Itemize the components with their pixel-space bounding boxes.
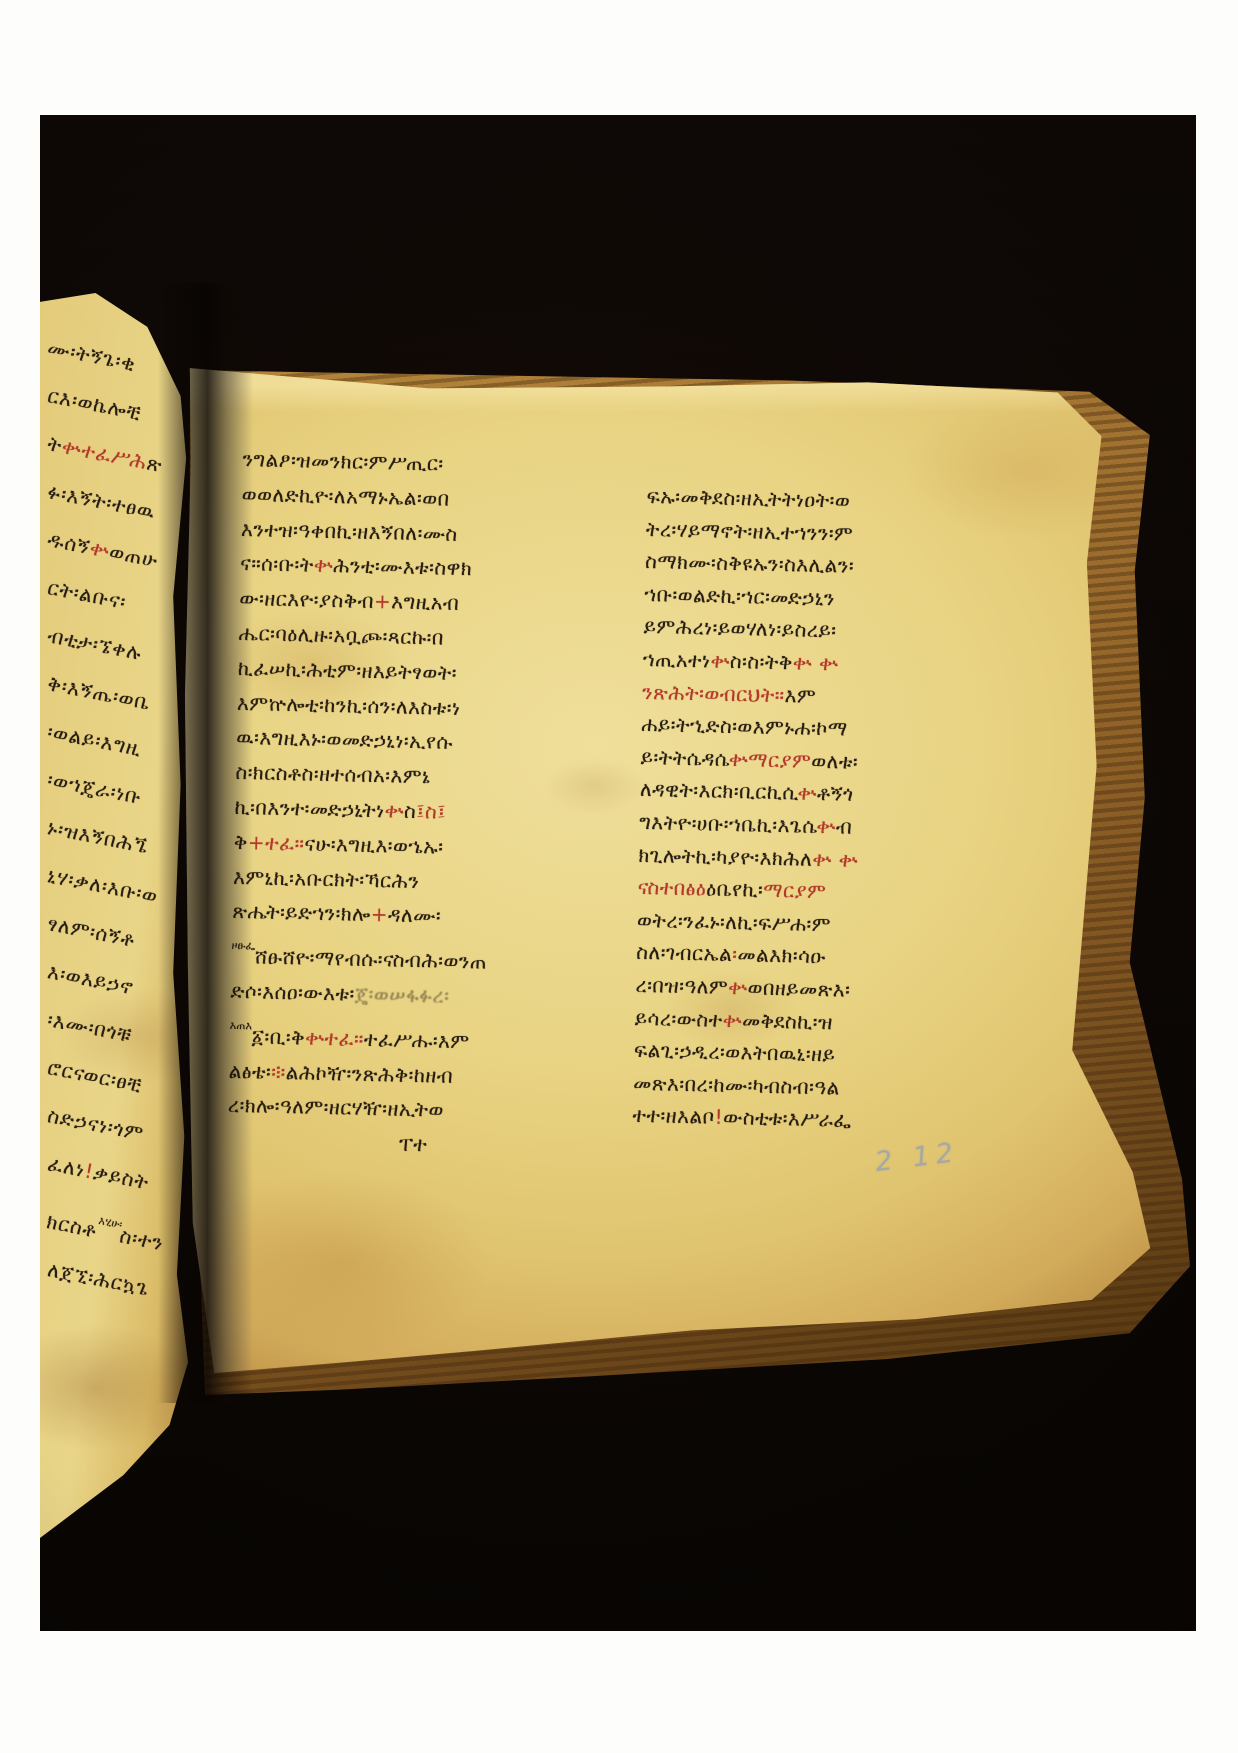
rubric-text: + bbox=[374, 589, 392, 613]
ink-text: ሐይ፡ትኂድስ፡ወእምኑሐ፡ኮማ bbox=[641, 712, 848, 741]
ink-text: ክጊሎትኪ፡ካያዮ፡እክሕለ bbox=[638, 842, 812, 870]
ink-text: ዉ፡እግዚእኑ፡ወመድኃኒነ፡ኢየሱ bbox=[236, 725, 453, 754]
ink-text: ቶኝጎ bbox=[817, 781, 854, 806]
ink-text: ቃይስት bbox=[92, 1160, 152, 1194]
ink-text: ወወለድኪዮ፡ለአማኑኤል፡ወበ bbox=[242, 482, 450, 511]
ink-text: እሂሁ፡ bbox=[98, 1214, 124, 1231]
ink-text: እግዚአብ bbox=[391, 590, 460, 616]
ink-text: ቅ፡እኝጤ፡ወቤ bbox=[46, 671, 153, 714]
ink-text: ልፅቴ፡ bbox=[228, 1058, 271, 1083]
ink-text: ኪ፡በእንተ፡መድኃኒትነ bbox=[234, 795, 384, 822]
ink-text: ዞፁፌ bbox=[231, 939, 255, 953]
pencil-annotation: 2 12 bbox=[873, 1137, 960, 1178]
ink-text: ስ፡ክርስቶስ፡ዘተሰብአ፡እምኔ bbox=[235, 760, 431, 788]
ink-text: ሕንቲ፡ሙእቱ፡ስዋክ bbox=[333, 553, 473, 580]
ink-text: ክርስቶ bbox=[45, 1209, 99, 1242]
ink-text: ተፈሥሑ፡እም bbox=[364, 1027, 470, 1053]
ink-text: ርት፡ልቡና፡ bbox=[46, 575, 129, 614]
ink-text: ይምሕረነ፡ይወሃለነ፡ይስረይ፡ bbox=[643, 614, 836, 642]
ink-text: ስማክሙ፡ስቅዩኡን፡ስእሊልን፡ bbox=[645, 549, 854, 578]
ink-text: ረ፡በዝ፡ዓለም bbox=[635, 973, 728, 999]
rubric-text: ፤ስ፤ bbox=[416, 799, 446, 824]
ink-text: ኪፈሠኪ፡ሕቲም፡ዘእይትፃወት፡ bbox=[238, 656, 458, 685]
ink-text: ፍልጊ፡ኃዲረ፡ወእትበዉኒ፡ዘይ bbox=[634, 1038, 836, 1067]
ink-text: ስ bbox=[404, 799, 417, 823]
ink-text: ለዳዊት፡እርክ፡ቢርኪሲ bbox=[640, 777, 798, 805]
ink-text: ፩፡ቢ፡ቅ bbox=[251, 1024, 305, 1049]
rubric-text: ቍ ቍ bbox=[793, 650, 839, 675]
ink-text: ሸፁሸዮ፡ማየብሱ፡ናስብሕ፡ወንጠ bbox=[255, 945, 488, 974]
ink-text: ው፡ዘርእዮ፡ያስቅብ bbox=[239, 586, 374, 613]
ink-text: ጽ bbox=[145, 450, 165, 477]
ink-text: ሮርናወር፡ፀቺ bbox=[46, 1055, 144, 1097]
photo-page: ሙ፡ትኝጌ፡ቂርእ፡ወኬሎቺትቍተፈሥሕጽፉ፡እኝት፡ተፀዉዱሰኝቍወጠሁርት፡… bbox=[0, 0, 1238, 1753]
manuscript-line: እጠእ፩፡ቢ፡ቅቍተፈ።ተፈሥሑ፡እም bbox=[229, 1009, 602, 1062]
ink-text: ስ፡ተን bbox=[118, 1223, 166, 1255]
ink-text: ና።ሰ፡ቡ፡ት bbox=[240, 551, 314, 577]
rubric-text: ቍተፈሥሕ bbox=[60, 434, 149, 474]
rubric-text: ቍ bbox=[728, 975, 748, 999]
ink-text: ውስቲቱ፡እሥራፌ bbox=[723, 1105, 852, 1132]
ink-text: እጠእ bbox=[230, 1019, 252, 1033]
ink-text: ብቲታ፡ኜቀሉ bbox=[46, 623, 144, 665]
ink-text: ጄ፡ወሠፋፉረ፡ bbox=[354, 982, 449, 1008]
ink-text: ትረ፡ሃይማኖት፡ዘኢተኀንን፡ም bbox=[646, 517, 854, 546]
rubric-text: + bbox=[371, 902, 389, 926]
ink-text: ስለ፡ገብርኤል bbox=[636, 940, 733, 966]
ink-text: ለጀኚ፡ሕርኳጌ bbox=[46, 1257, 152, 1300]
rubric-text: +ተፈ። bbox=[248, 830, 305, 855]
ink-text: ወበዘይመጽእ፡ bbox=[747, 975, 850, 1001]
manuscript-line: ፐተ bbox=[227, 1123, 600, 1166]
rubric-text: ቍ bbox=[797, 781, 817, 805]
ink-text: ሔር፡ባዕሊዙ፡አቧጮ፡ጻርኩ፡በ bbox=[238, 621, 444, 650]
ink-text: ስድኃናነ፡ጎም bbox=[46, 1103, 146, 1145]
ink-text: ፃለም፡ሰኝቶ bbox=[46, 911, 138, 951]
ink-text: ኀጢአተነ bbox=[643, 647, 711, 673]
ink-text: ድሶ፡እሰዐ፡ውእቱ፡ bbox=[230, 979, 355, 1006]
rubric-text: ንጽሕት፡ወብርህት። bbox=[642, 680, 785, 707]
ink-text: እምኵሎቲ፡ከንኪ፡ሰን፡ለእስቱ፡ነ bbox=[237, 691, 461, 720]
rubric-text: ፨ bbox=[271, 1059, 286, 1083]
ink-text: ፡እሙ፡በጎቹ bbox=[46, 1007, 135, 1047]
ink-text: ዳለሙ፡ bbox=[388, 903, 442, 928]
manuscript-photo: ሙ፡ትኝጌ፡ቂርእ፡ወኬሎቺትቍተፈሥሕጽፉ፡እኝት፡ተፀዉዱሰኝቍወጠሁርት፡… bbox=[40, 115, 1196, 1631]
rubric-text: ቍማርያም bbox=[729, 747, 812, 773]
ink-text: ልሕኮዥ፡ንጽሕቅ፡ከዘብ bbox=[286, 1060, 454, 1088]
ink-text: ኑ፡ዝእኝበሕጜ bbox=[46, 815, 151, 858]
ink-text: ቅ bbox=[234, 830, 248, 854]
ink-text: ሙ፡ትኝጌ፡ቂ bbox=[46, 335, 138, 376]
ink-text: ፈለነ bbox=[46, 1151, 88, 1182]
ink-text: ይ፡ትትሴዳሴ bbox=[640, 745, 729, 771]
ink-text: መጽእ፡በረ፡ከሙ፡ካብስብ፡ዓል bbox=[633, 1071, 840, 1100]
rubric-text: ቍ ቍ bbox=[812, 846, 858, 871]
ink-text: ዱሰኝ bbox=[46, 527, 93, 559]
ink-text: እምኒኪ፡አቡርክት፡ኻርሕን bbox=[233, 864, 420, 892]
ink-text: ኀቡ፡ወልድኪ፡ኀር፡መድኃኒን bbox=[644, 582, 835, 610]
rubric-text: ቍ bbox=[816, 814, 836, 838]
rubric-text: ማርያም bbox=[763, 878, 827, 903]
ink-text: እም bbox=[784, 683, 816, 708]
rubric-text: ቍ bbox=[710, 648, 730, 672]
ink-text: ፡ወኀጄራ፡ነቡ bbox=[46, 767, 144, 809]
ink-text: ስ፡ስ፡ትቅ bbox=[730, 649, 793, 674]
ink-text: መልእክ፡ሳዑ bbox=[737, 942, 826, 968]
ink-text: ረ፡ክሎ፡ዓለም፡ዘርሃዥ፡ዘኢትወ bbox=[228, 1093, 444, 1122]
right-page-column-1: ንግልፆ፡ዝመንክር፡ምሥጢር፡ወወለድኪዮ፡ለአማኑኤል፡ወበእንተዝ፡ዓቀበ… bbox=[227, 442, 615, 1166]
ink-text: ዕቤየኪ፡ bbox=[706, 877, 764, 902]
rubric-text: ቍ bbox=[314, 553, 334, 577]
ink-text: ርእ፡ወኬሎቺ bbox=[46, 383, 144, 425]
rubric-text: ቍተፈ። bbox=[305, 1025, 364, 1050]
right-page-column-2: ፍኡ፡መቅደስ፡ዘኢትትነዐት፡ወትረ፡ሃይማኖት፡ዘኢተኀንን፡ምስማክሙ፡ስ… bbox=[632, 480, 1019, 1140]
ink-text: ንግልፆ፡ዝመንክር፡ምሥጢር፡ bbox=[242, 447, 444, 476]
right-page: ንግልፆ፡ዝመንክር፡ምሥጢር፡ወወለድኪዮ፡ለአማኑኤል፡ወበእንተዝ፡ዓቀበ… bbox=[185, 360, 1160, 1375]
ink-text: ፡ወልይ፡እግዚ bbox=[46, 719, 144, 761]
ink-text: ብ bbox=[836, 814, 853, 838]
ink-text: ተተ፡ዘእልቦ bbox=[632, 1103, 715, 1129]
ink-text: ግእትዮ፡ሀቡ፡ኀቤኪ፡እጌሴ bbox=[639, 810, 817, 838]
ink-text: እንተዝ፡ዓቀበኪ፡ዘእኝበለ፡ሙስ bbox=[241, 517, 458, 546]
ink-text: ወለቱ፡ bbox=[811, 749, 858, 774]
ink-text: መቅደስኪ፡ዝ bbox=[742, 1008, 833, 1034]
ink-text: ወትረ፡ንፈኑ፡ለኪ፡ፍሥሐ፡ም bbox=[637, 908, 832, 936]
ink-text: ፍኡ፡መቅደስ፡ዘኢትትነዐት፡ወ bbox=[646, 484, 850, 513]
ink-text: ጽሔት፡ይድኀን፡ክሎ bbox=[232, 899, 371, 926]
ink-text: እ፡ወእይኃኖ bbox=[46, 959, 136, 999]
ink-text: ይሳረ፡ውስተ bbox=[635, 1005, 723, 1031]
ink-text: ናሁ፡እግዚእ፡ወኄኡ፡ bbox=[304, 831, 444, 858]
rubric-text: ቍ bbox=[384, 798, 404, 822]
rubric-text: ቍ bbox=[722, 1007, 742, 1031]
ink-text: ወጠሁ bbox=[107, 539, 160, 572]
ink-text: ፐተ bbox=[399, 1132, 428, 1157]
rubric-text: ናስተበፅዕ bbox=[637, 875, 706, 901]
